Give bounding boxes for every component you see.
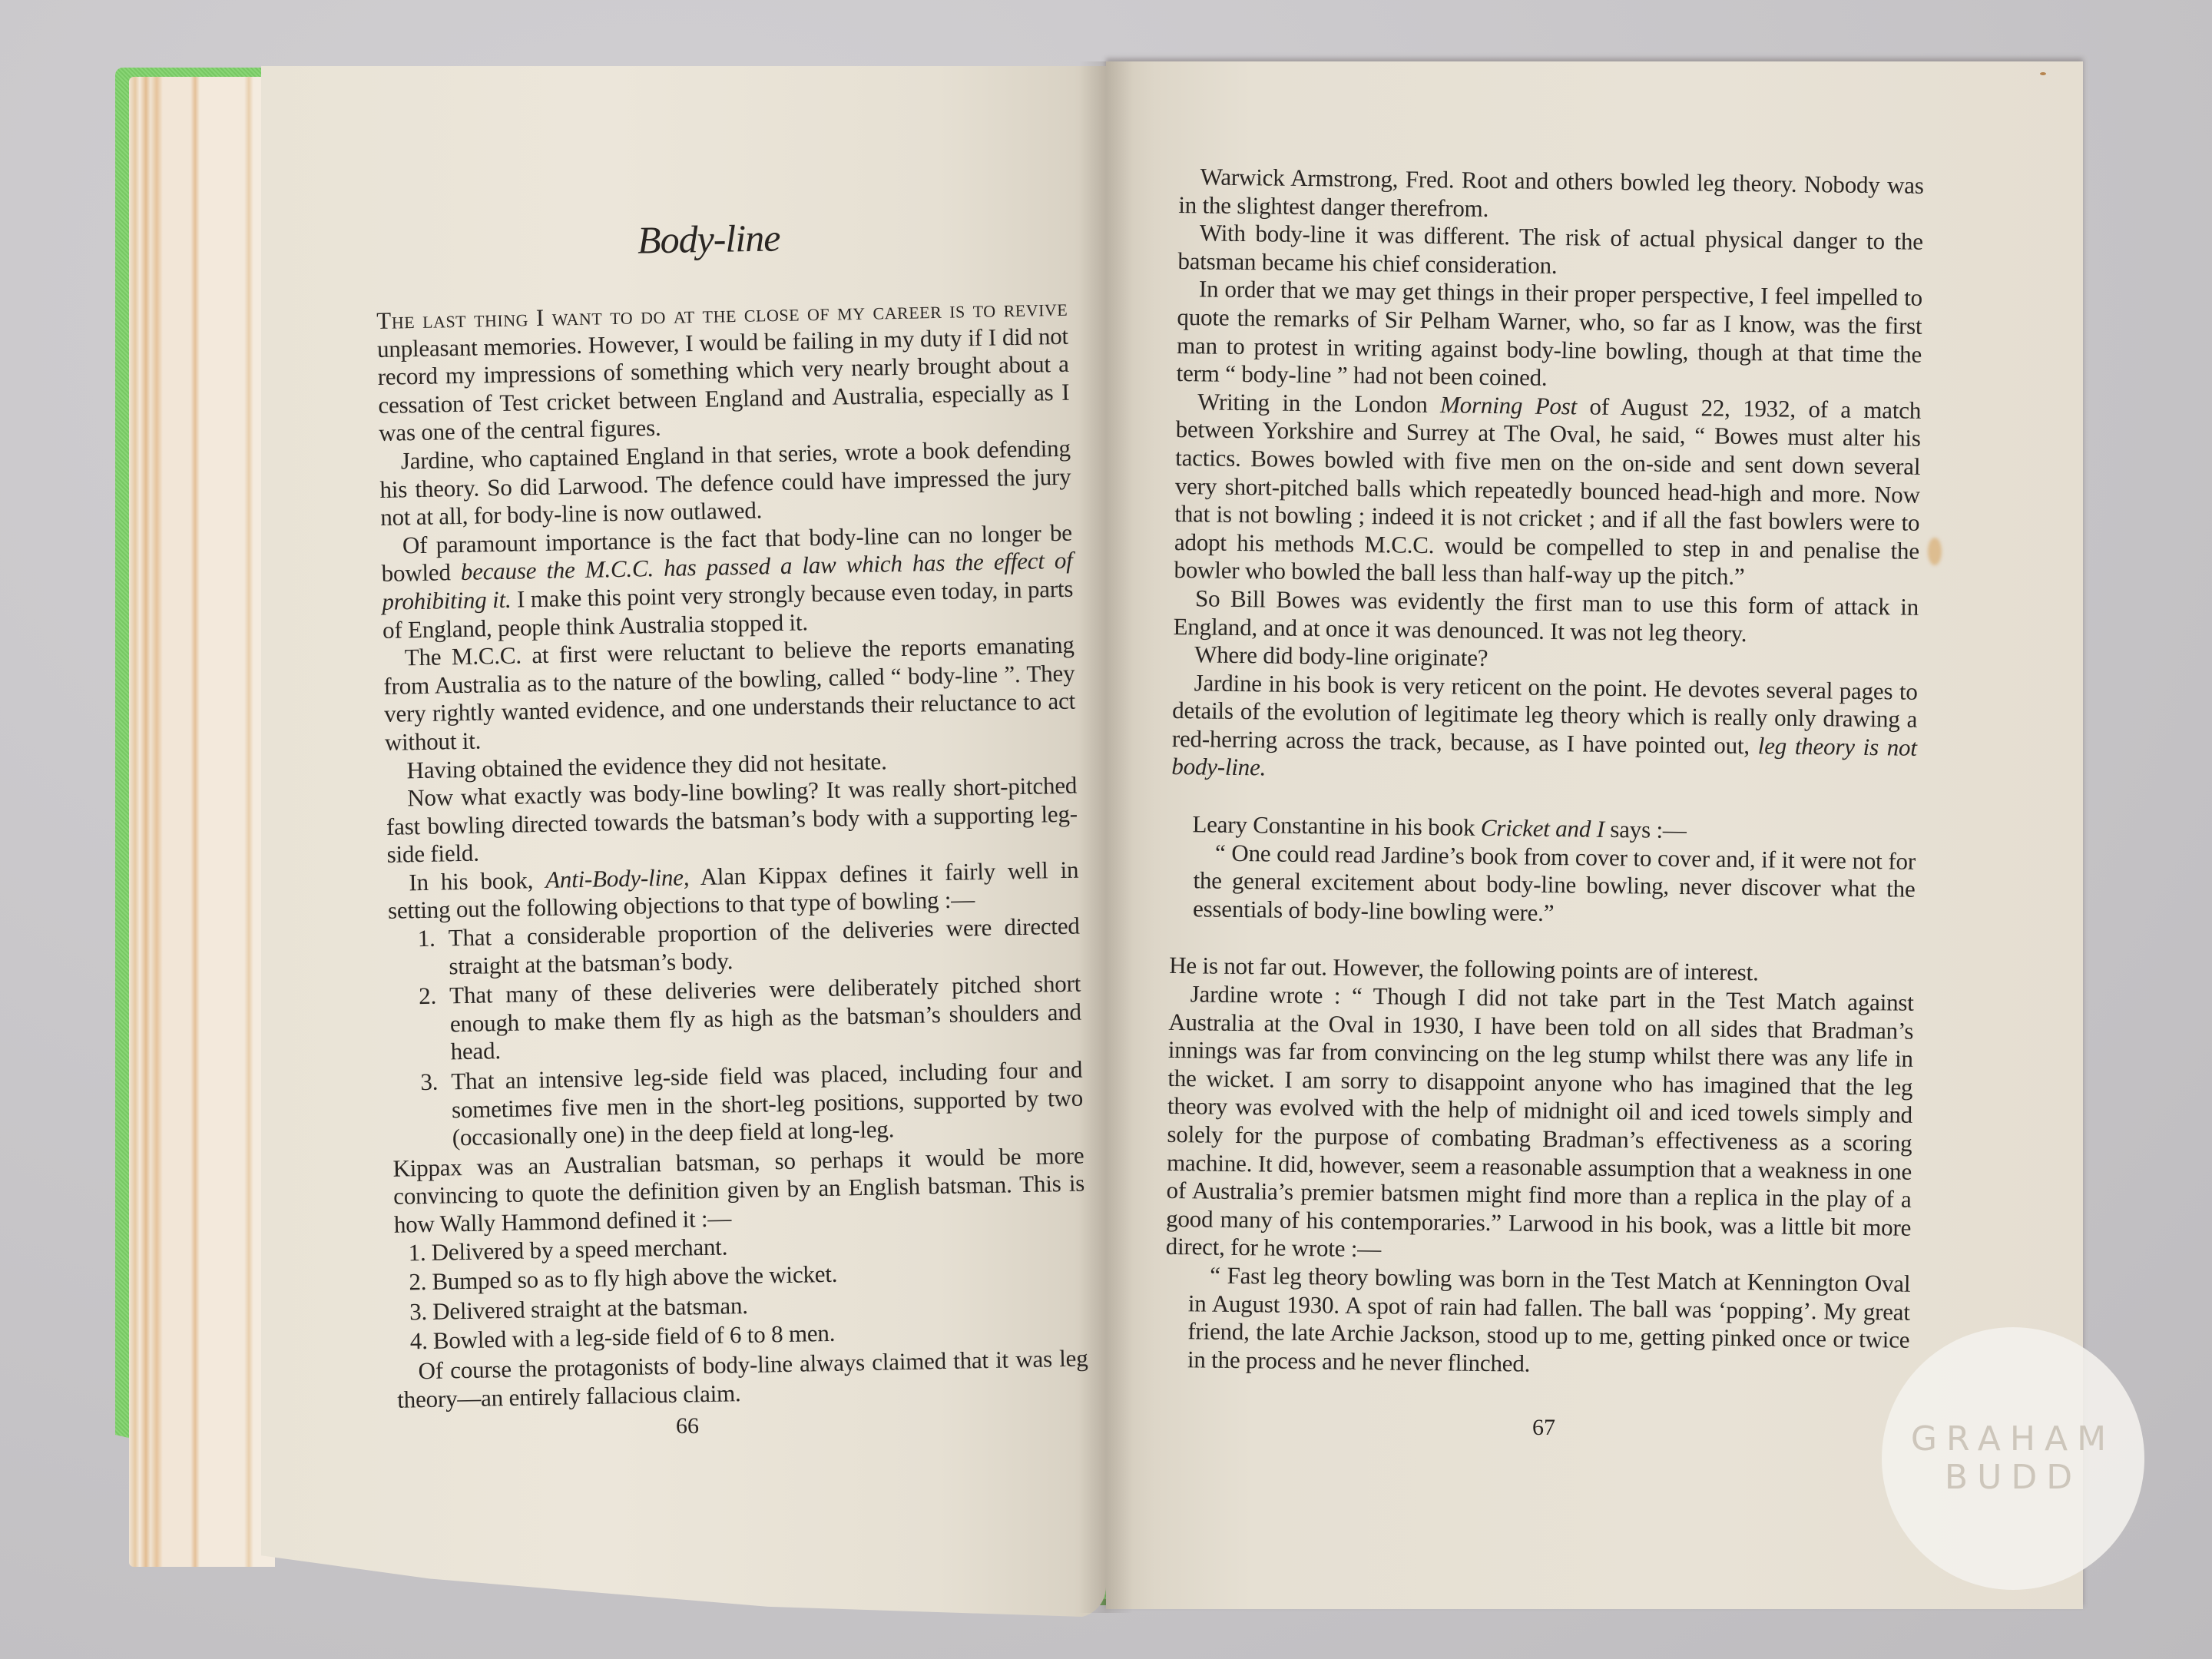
paragraph: The M.C.C. at first were reluctant to be… [382,631,1076,757]
paragraph-text: In his book, [409,866,545,896]
foxing-spot [2040,72,2046,75]
list-number: 2. [409,1268,432,1296]
block-quote: “ Fast leg theory bowling was born in th… [1164,1261,1911,1382]
list-text: Delivered by a speed merchant. [431,1233,727,1265]
paragraph: In order that we may get things in their… [1176,275,1922,396]
paragraph: So Bill Bowes was evidently the first ma… [1173,584,1919,650]
list-text: That many of these deliveries were delib… [449,970,1081,1065]
paragraph: Jardine, who captained England in that s… [379,435,1072,532]
chapter-title: Body-line [637,215,780,262]
foxing-stain [1928,538,1942,565]
paragraph-text: says :— [1604,816,1687,843]
list-number: 3. [420,1068,452,1096]
list-text: Delivered straight at the batsman. [432,1292,748,1325]
watermark-line-1: GRAHAM [1911,1420,2115,1459]
paragraph: Of paramount importance is the fact that… [381,518,1075,644]
list-number: 1. [408,1238,432,1267]
newspaper-title-italic: Morning Post [1440,391,1577,419]
open-book: Body-line The last thing I want to do at… [0,0,2212,1659]
paragraph-text: of August 22, 1932, of a match between Y… [1174,392,1921,590]
book-title-italic: Cricket and I [1481,814,1604,843]
block-quote: “ One could read Jardine’s book from cov… [1170,839,1916,932]
paragraph: Warwick Armstrong, Fred. Root and others… [1178,163,1924,228]
list-item: 2.That many of these deliveries were del… [389,970,1082,1068]
list-text: Bowled with a leg-side field of 6 to 8 m… [433,1320,836,1354]
page-number-right: 67 [1532,1415,1555,1441]
graham-budd-watermark: GRAHAM BUDD [1882,1327,2144,1590]
paragraph: With body-line it was different. The ris… [1177,219,1923,284]
list-number: 2. [419,982,450,1011]
paragraph: Jardine in his book is very reticent on … [1171,669,1918,790]
kippax-objections-list: 1.That a considerable proportion of the … [388,912,1084,1154]
watermark-line-2: BUDD [1945,1459,2081,1497]
paragraph: Writing in the London Morning Post of Au… [1174,388,1921,594]
paragraph-text: Writing in the London [1197,388,1440,418]
list-item: 3.That an intensive leg-side field was p… [391,1056,1084,1154]
paragraph: Kippax was an Australian batsman, so per… [392,1141,1085,1239]
page-number-left: 66 [676,1413,699,1439]
paragraph-text: unpleasant memories. However, I would be… [377,322,1070,446]
opening-paragraph: The last thing I want to do at the close… [376,294,1070,448]
list-text: That a considerable proportion of the de… [448,912,1080,979]
list-number: 3. [409,1298,433,1326]
paragraph: Now what exactly was body-line bowling? … [386,772,1078,869]
right-page-body: Warwick Armstrong, Fred. Root and others… [1164,163,1924,1382]
list-text: That an intensive leg-side field was pla… [451,1056,1083,1151]
page-stack-edges [129,77,275,1567]
book-title-italic: Anti-Body-line, [545,863,690,893]
paragraph: Jardine wrote : “ Though I did not take … [1166,980,1914,1270]
list-text: Bumped so as to fly high above the wicke… [432,1260,838,1295]
list-number: 4. [410,1327,434,1356]
paragraph-text: Leary Constantine in his book [1192,810,1481,841]
left-page-body: The last thing I want to do at the close… [376,294,1089,1414]
list-number: 1. [417,924,449,952]
hammond-definition-list: 1.Delivered by a speed merchant. 2.Bumpe… [394,1226,1088,1356]
